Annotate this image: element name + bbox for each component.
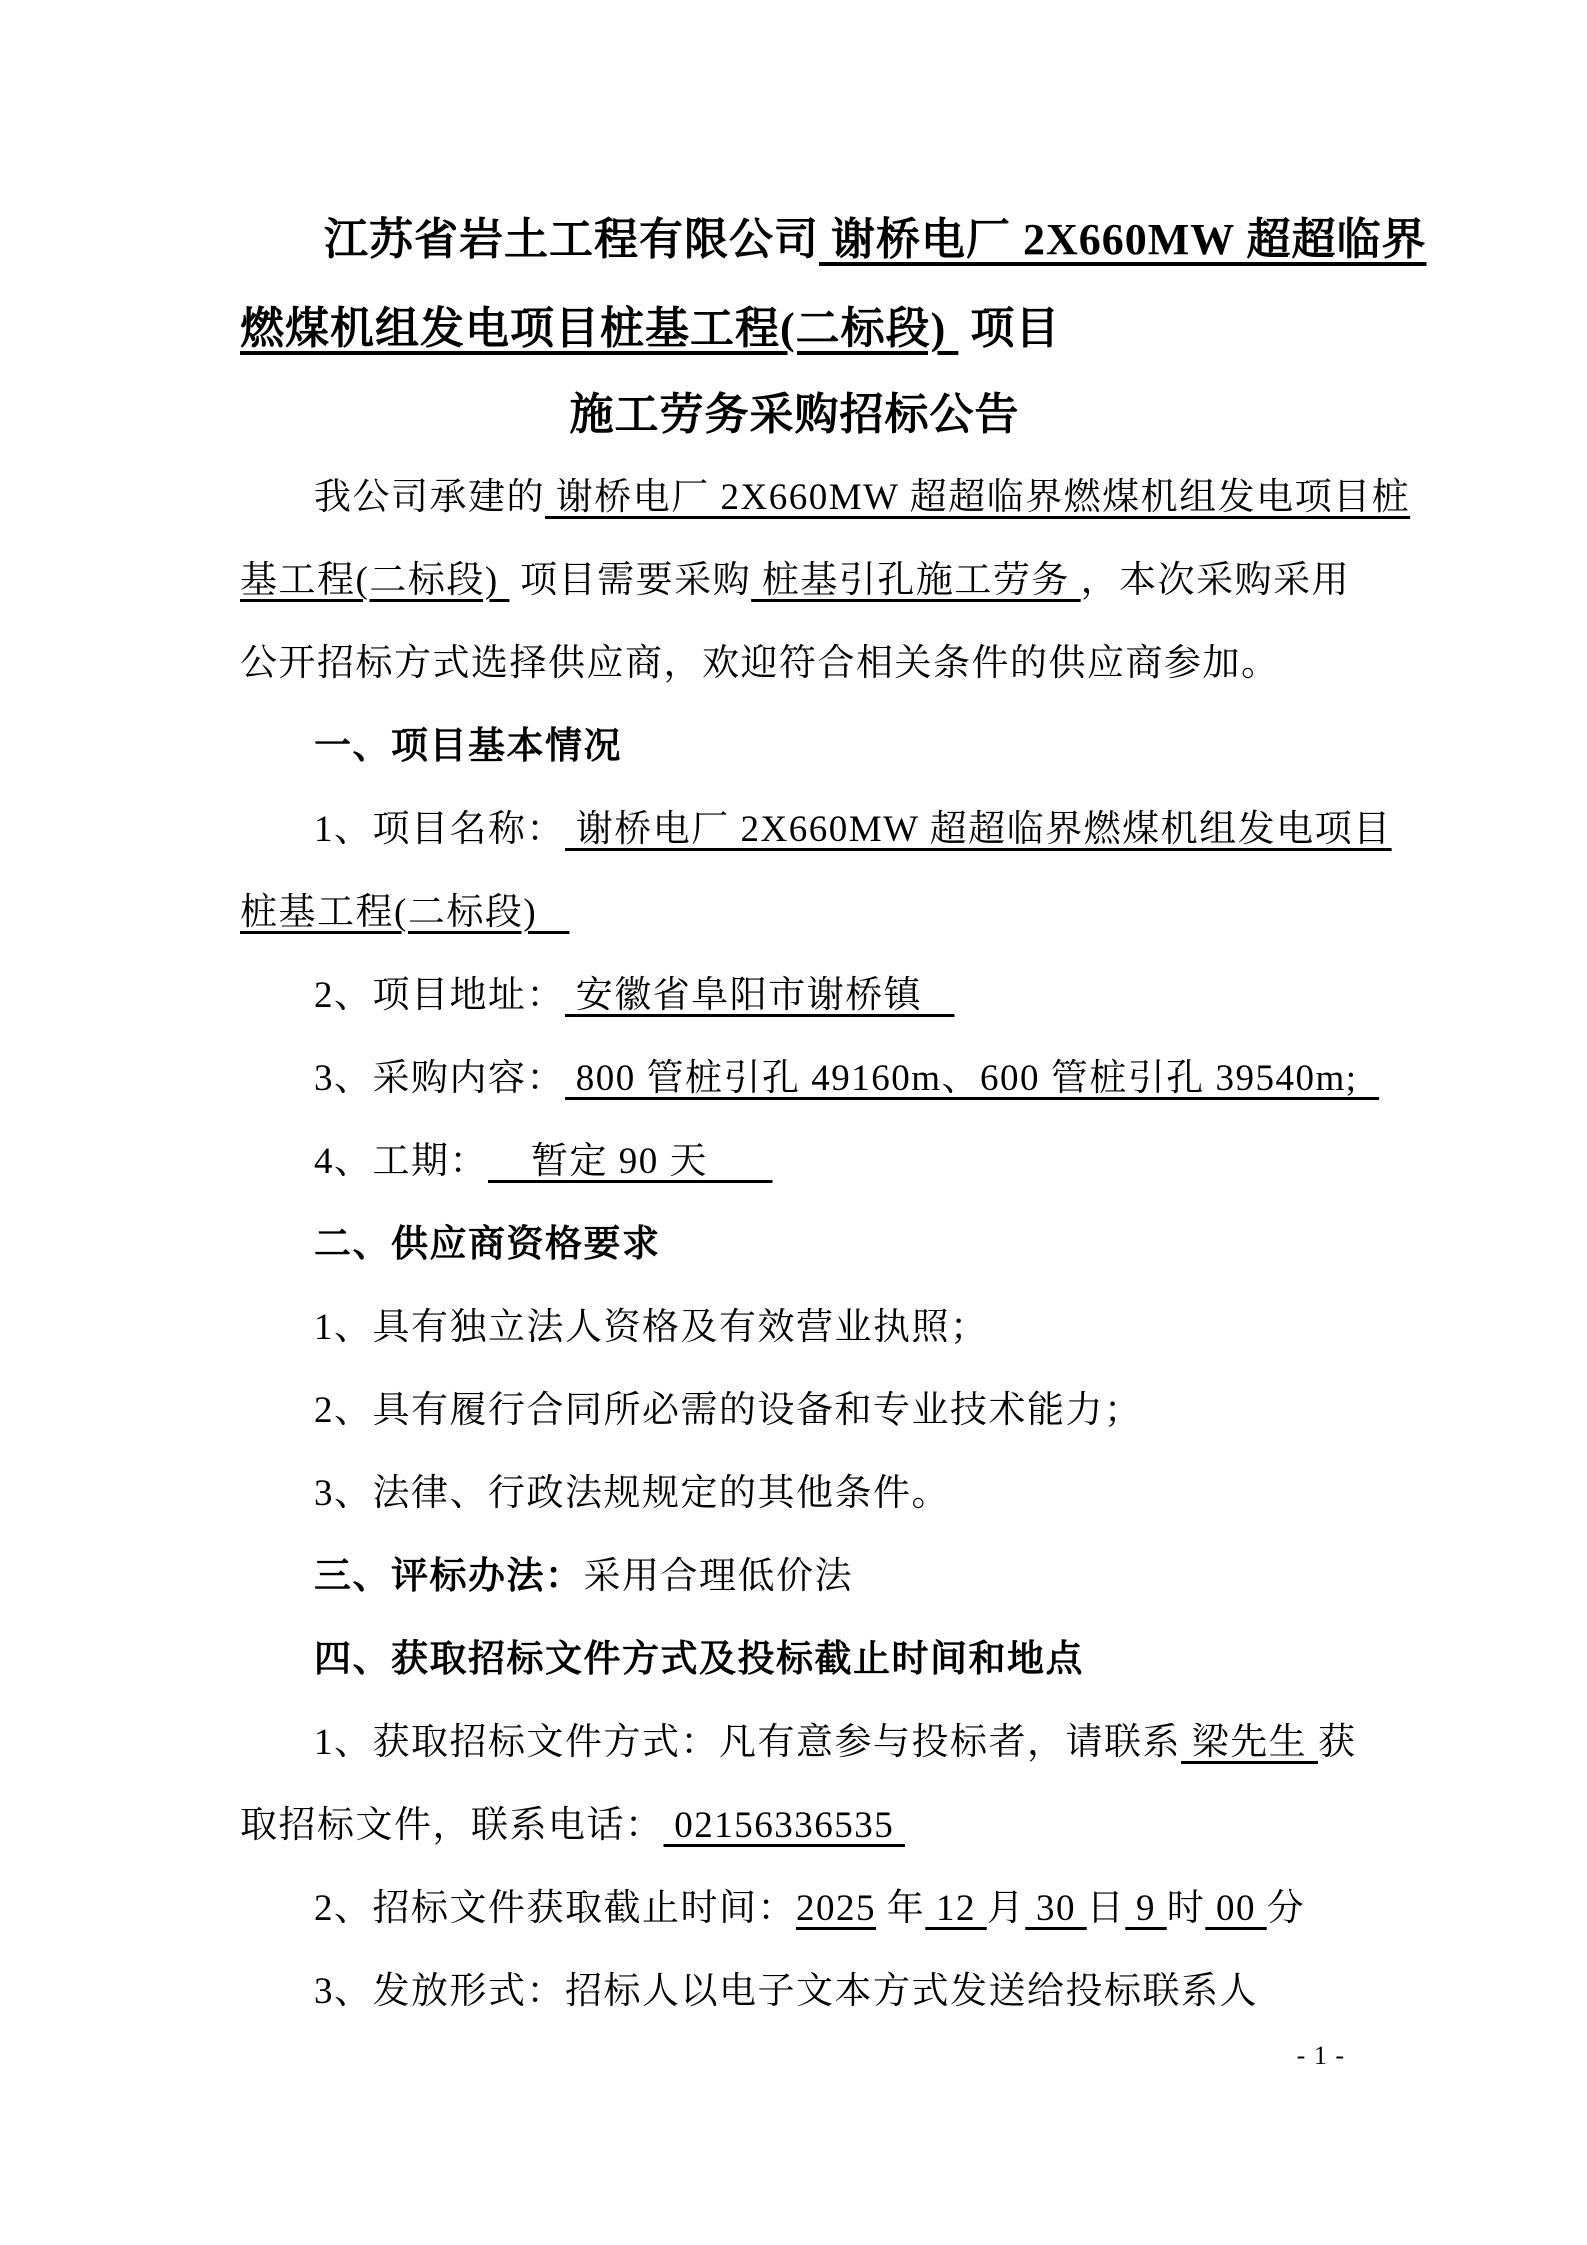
contact-person-underlined: 梁先生 bbox=[1181, 1722, 1318, 1763]
intro-line-2: 基工程(二标段) 项目需要采购 桩基引孔施工劳务 ，本次采购采用 bbox=[240, 539, 1349, 622]
page-number: - 1 - bbox=[1297, 2042, 1345, 2070]
intro-line-3: 公开招标方式选择供应商，欢迎符合相关条件的供应商参加。 bbox=[240, 622, 1349, 705]
intro-service-underlined: 桩基引孔施工劳务 bbox=[751, 560, 1081, 601]
qualification-item-3-text: 3、法律、行政法规规定的其他条件。 bbox=[314, 1473, 950, 1514]
project-address-line: 2、项目地址： 安徽省阜阳市谢桥镇 bbox=[240, 954, 1349, 1037]
project-name-line-2: 桩基工程(二标段) bbox=[240, 871, 1349, 954]
distribution-line: 3、发放形式：招标人以电子文本方式发送给投标联系人 bbox=[240, 1950, 1349, 2033]
section3-heading-text: 三、评标办法： bbox=[314, 1556, 584, 1597]
contact-phone-label: 取招标文件，联系电话： bbox=[240, 1805, 664, 1846]
title-line-2: 燃煤机组发电项目桩基工程(二标段) 项目 bbox=[240, 284, 1349, 373]
deadline-day-unit: 日 bbox=[1087, 1888, 1126, 1929]
contact-phone-underlined: 02156336535 bbox=[664, 1805, 906, 1846]
section3-heading-line: 三、评标办法：采用合理低价法 bbox=[240, 1535, 1349, 1618]
project-name-value-1: 谢桥电厂 2X660MW 超超临界燃煤机组发电项目 bbox=[565, 809, 1392, 850]
qualification-item-3: 3、法律、行政法规规定的其他条件。 bbox=[240, 1452, 1349, 1535]
qualification-item-1: 1、具有独立法人资格及有效营业执照； bbox=[240, 1286, 1349, 1369]
title-line-1: 江苏省岩土工程有限公司 谢桥电厂 2X660MW 超超临界 bbox=[240, 195, 1349, 284]
deadline-year: 2025 bbox=[796, 1888, 876, 1929]
document-content: 江苏省岩土工程有限公司 谢桥电厂 2X660MW 超超临界 燃煤机组发电项目桩基… bbox=[240, 195, 1349, 2033]
title-project-underlined-2: 燃煤机组发电项目桩基工程(二标段) bbox=[240, 304, 958, 353]
intro-text: 我公司承建的 bbox=[314, 477, 545, 518]
section2-heading: 二、供应商资格要求 bbox=[240, 1203, 1349, 1286]
obtain-method-text: 1、获取招标文件方式：凡有意参与投标者，请联系 bbox=[314, 1722, 1181, 1763]
intro-tail-text: ，本次采购采用 bbox=[1081, 560, 1351, 601]
procurement-content-value: 800 管桩引孔 49160m、600 管桩引孔 39540m; bbox=[565, 1058, 1379, 1099]
project-name-line-1: 1、项目名称： 谢桥电厂 2X660MW 超超临界燃煤机组发电项目 bbox=[240, 788, 1349, 871]
obtain-method-tail: 获 bbox=[1318, 1722, 1357, 1763]
duration-label: 4、工期： bbox=[314, 1141, 488, 1182]
deadline-minute-unit: 分 bbox=[1267, 1888, 1306, 1929]
deadline-month: 12 bbox=[925, 1888, 987, 1929]
qualification-item-2-text: 2、具有履行合同所必需的设备和专业技术能力； bbox=[314, 1390, 1143, 1431]
intro-project-underlined-cont: 基工程(二标段) bbox=[240, 560, 509, 601]
section2-heading-text: 二、供应商资格要求 bbox=[314, 1224, 661, 1265]
section1-heading: 一、项目基本情况 bbox=[240, 705, 1349, 788]
project-address-label: 2、项目地址： bbox=[314, 975, 565, 1016]
distribution-text: 3、发放形式：招标人以电子文本方式发送给投标联系人 bbox=[314, 1971, 1258, 2012]
intro-line-1: 我公司承建的 谢桥电厂 2X660MW 超超临界燃煤机组发电项目桩 bbox=[240, 456, 1349, 539]
qualification-item-2: 2、具有履行合同所必需的设备和专业技术能力； bbox=[240, 1369, 1349, 1452]
project-name-label: 1、项目名称： bbox=[314, 809, 565, 850]
deadline-line: 2、招标文件获取截止时间：2025 年 12 月 30 日 9 时 00 分 bbox=[240, 1867, 1349, 1950]
duration-value: 暂定 90 天 bbox=[488, 1141, 773, 1182]
document-page: 江苏省岩土工程有限公司 谢桥电厂 2X660MW 超超临界 燃煤机组发电项目桩基… bbox=[0, 0, 1587, 2245]
procurement-content-line: 3、采购内容： 800 管桩引孔 49160m、600 管桩引孔 39540m; bbox=[240, 1037, 1349, 1120]
deadline-month-unit: 月 bbox=[987, 1888, 1026, 1929]
intro-closing-text: 公开招标方式选择供应商，欢迎符合相关条件的供应商参加。 bbox=[240, 643, 1280, 684]
title-project-suffix: 项目 bbox=[958, 304, 1060, 353]
duration-line: 4、工期： 暂定 90 天 bbox=[240, 1120, 1349, 1203]
deadline-label: 2、招标文件获取截止时间： bbox=[314, 1888, 796, 1929]
deadline-year-unit: 年 bbox=[876, 1888, 925, 1929]
section4-heading: 四、获取招标文件方式及投标截止时间和地点 bbox=[240, 1618, 1349, 1701]
project-address-value: 安徽省阜阳市谢桥镇 bbox=[565, 975, 955, 1016]
obtain-method-line-1: 1、获取招标文件方式：凡有意参与投标者，请联系 梁先生 获 bbox=[240, 1701, 1349, 1784]
deadline-hour-unit: 时 bbox=[1167, 1888, 1206, 1929]
title-company: 江苏省岩土工程有限公司 bbox=[324, 215, 819, 264]
deadline-day: 30 bbox=[1025, 1888, 1087, 1929]
project-name-value-2: 桩基工程(二标段) bbox=[240, 892, 569, 933]
obtain-method-line-2: 取招标文件，联系电话： 02156336535 bbox=[240, 1784, 1349, 1867]
title-project-underlined-1: 谢桥电厂 2X660MW 超超临界 bbox=[819, 215, 1427, 264]
evaluation-method-value: 采用合理低价法 bbox=[584, 1556, 854, 1597]
section4-heading-text: 四、获取招标文件方式及投标截止时间和地点 bbox=[314, 1639, 1084, 1680]
qualification-item-1-text: 1、具有独立法人资格及有效营业执照； bbox=[314, 1307, 989, 1348]
deadline-hour: 9 bbox=[1125, 1888, 1167, 1929]
deadline-minute: 00 bbox=[1205, 1888, 1267, 1929]
section1-heading-text: 一、项目基本情况 bbox=[314, 726, 622, 767]
procurement-content-label: 3、采购内容： bbox=[314, 1058, 565, 1099]
title-line-3: 施工劳务采购招标公告 bbox=[240, 373, 1349, 456]
intro-project-underlined: 谢桥电厂 2X660MW 超超临界燃煤机组发电项目桩 bbox=[545, 477, 1410, 518]
announcement-title: 施工劳务采购招标公告 bbox=[570, 390, 1020, 439]
intro-mid-text: 项目需要采购 bbox=[509, 560, 751, 601]
